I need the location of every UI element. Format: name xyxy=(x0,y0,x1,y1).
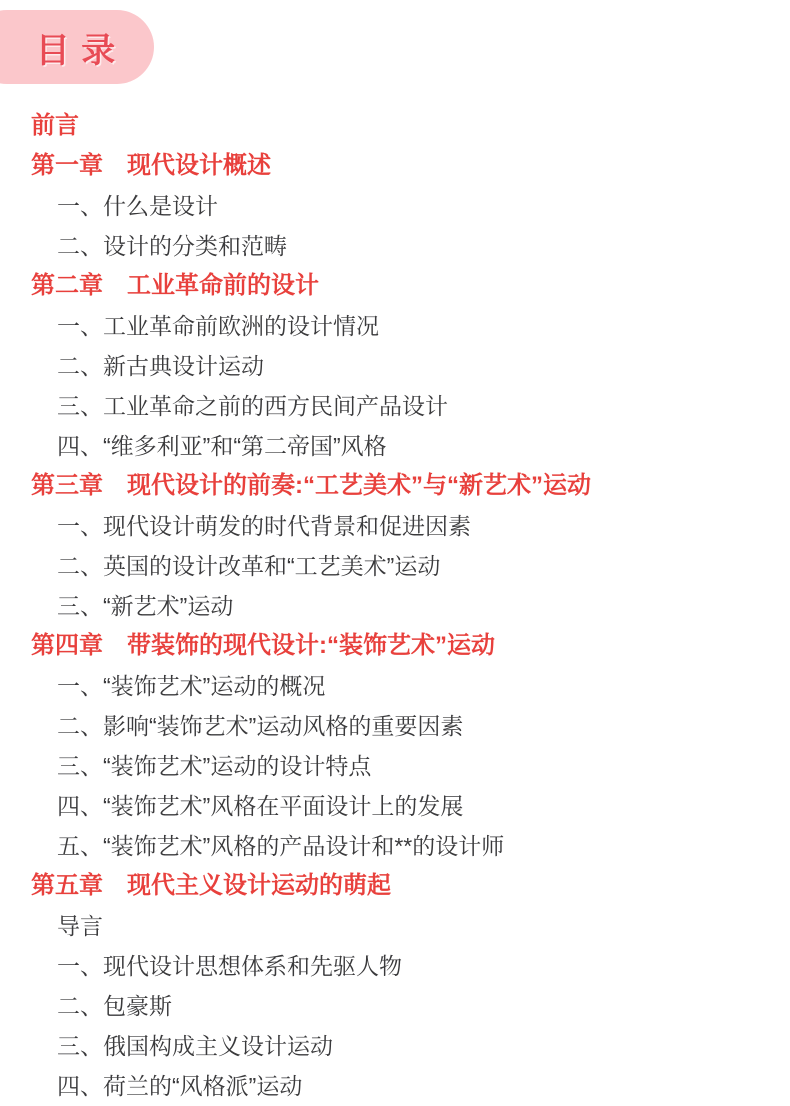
toc-list: 前言第一章 现代设计概述一、什么是设计二、设计的分类和范畴第二章 工业革命前的设… xyxy=(0,106,790,1106)
toc-entry-label: 五、“装饰艺术”风格的产品设计和**的设计师 xyxy=(57,833,504,859)
toc-entry-label: 一、现代设计思想体系和先驱人物 xyxy=(57,953,402,979)
toc-entry-section[interactable]: 三、俄国构成主义设计运动 xyxy=(0,1026,790,1066)
toc-entry-section[interactable]: 四、“装饰艺术”风格在平面设计上的发展 xyxy=(0,786,790,826)
toc-entry-section[interactable]: 三、工业革命之前的西方民间产品设计 xyxy=(0,386,790,426)
toc-entry-label: 四、“装饰艺术”风格在平面设计上的发展 xyxy=(57,793,463,819)
toc-entry-section[interactable]: 二、新古典设计运动 xyxy=(0,346,790,386)
toc-entry-chapter[interactable]: 第三章 现代设计的前奏:“工艺美术”与“新艺术”运动 xyxy=(0,466,790,506)
toc-entry-label: 第三章 现代设计的前奏:“工艺美术”与“新艺术”运动 xyxy=(31,472,591,499)
toc-entry-section[interactable]: 一、“装饰艺术”运动的概况 xyxy=(0,666,790,706)
toc-entry-label: 二、影响“装饰艺术”运动风格的重要因素 xyxy=(57,713,463,739)
toc-entry-label: 二、包豪斯 xyxy=(57,993,172,1019)
toc-entry-section[interactable]: 二、英国的设计改革和“工艺美术”运动 xyxy=(0,546,790,586)
toc-entry-label: 第一章 现代设计概述 xyxy=(31,152,271,179)
toc-entry-section[interactable]: 一、现代设计思想体系和先驱人物 xyxy=(0,946,790,986)
toc-entry-chapter[interactable]: 第四章 带装饰的现代设计:“装饰艺术”运动 xyxy=(0,626,790,666)
toc-entry-chapter[interactable]: 前言 xyxy=(0,106,790,146)
toc-entry-chapter[interactable]: 第五章 现代主义设计运动的萌起 xyxy=(0,866,790,906)
toc-entry-section[interactable]: 一、工业革命前欧洲的设计情况 xyxy=(0,306,790,346)
toc-entry-section[interactable]: 二、包豪斯 xyxy=(0,986,790,1026)
toc-page: { "header": { "badge_label": "目 录" }, "c… xyxy=(0,0,790,1106)
toc-entry-label: 导言 xyxy=(57,913,103,939)
toc-entry-label: 一、工业革命前欧洲的设计情况 xyxy=(57,313,379,339)
toc-entry-section[interactable]: 三、“装饰艺术”运动的设计特点 xyxy=(0,746,790,786)
toc-entry-section[interactable]: 四、“维多利亚”和“第二帝国”风格 xyxy=(0,426,790,466)
toc-entry-section[interactable]: 四、荷兰的“风格派”运动 xyxy=(0,1066,790,1106)
toc-entry-label: 四、荷兰的“风格派”运动 xyxy=(57,1073,302,1099)
toc-entry-label: 第二章 工业革命前的设计 xyxy=(31,272,319,299)
toc-entry-label: 第四章 带装饰的现代设计:“装饰艺术”运动 xyxy=(31,632,495,659)
toc-entry-label: 第五章 现代主义设计运动的萌起 xyxy=(31,872,391,899)
toc-entry-section[interactable]: 一、现代设计萌发的时代背景和促进因素 xyxy=(0,506,790,546)
toc-entry-chapter[interactable]: 第二章 工业革命前的设计 xyxy=(0,266,790,306)
toc-entry-label: 一、什么是设计 xyxy=(57,193,218,219)
toc-header-badge: 目 录 xyxy=(0,10,154,84)
toc-entry-label: 三、“装饰艺术”运动的设计特点 xyxy=(57,753,371,779)
toc-entry-section[interactable]: 五、“装饰艺术”风格的产品设计和**的设计师 xyxy=(0,826,790,866)
toc-title: 目 录 xyxy=(36,23,116,72)
toc-entry-label: 二、新古典设计运动 xyxy=(57,353,264,379)
toc-entry-label: 二、设计的分类和范畴 xyxy=(57,233,287,259)
toc-entry-label: 三、“新艺术”运动 xyxy=(57,593,233,619)
toc-entry-label: 一、“装饰艺术”运动的概况 xyxy=(57,673,325,699)
toc-entry-label: 三、工业革命之前的西方民间产品设计 xyxy=(57,393,448,419)
toc-entry-label: 前言 xyxy=(31,112,79,139)
toc-entry-label: 二、英国的设计改革和“工艺美术”运动 xyxy=(57,553,440,579)
toc-entry-chapter[interactable]: 第一章 现代设计概述 xyxy=(0,146,790,186)
toc-entry-section[interactable]: 一、什么是设计 xyxy=(0,186,790,226)
toc-entry-label: 四、“维多利亚”和“第二帝国”风格 xyxy=(57,433,387,459)
toc-entry-section[interactable]: 导言 xyxy=(0,906,790,946)
toc-entry-section[interactable]: 三、“新艺术”运动 xyxy=(0,586,790,626)
toc-entry-label: 三、俄国构成主义设计运动 xyxy=(57,1033,333,1059)
toc-entry-section[interactable]: 二、影响“装饰艺术”运动风格的重要因素 xyxy=(0,706,790,746)
toc-entry-label: 一、现代设计萌发的时代背景和促进因素 xyxy=(57,513,471,539)
toc-entry-section[interactable]: 二、设计的分类和范畴 xyxy=(0,226,790,266)
